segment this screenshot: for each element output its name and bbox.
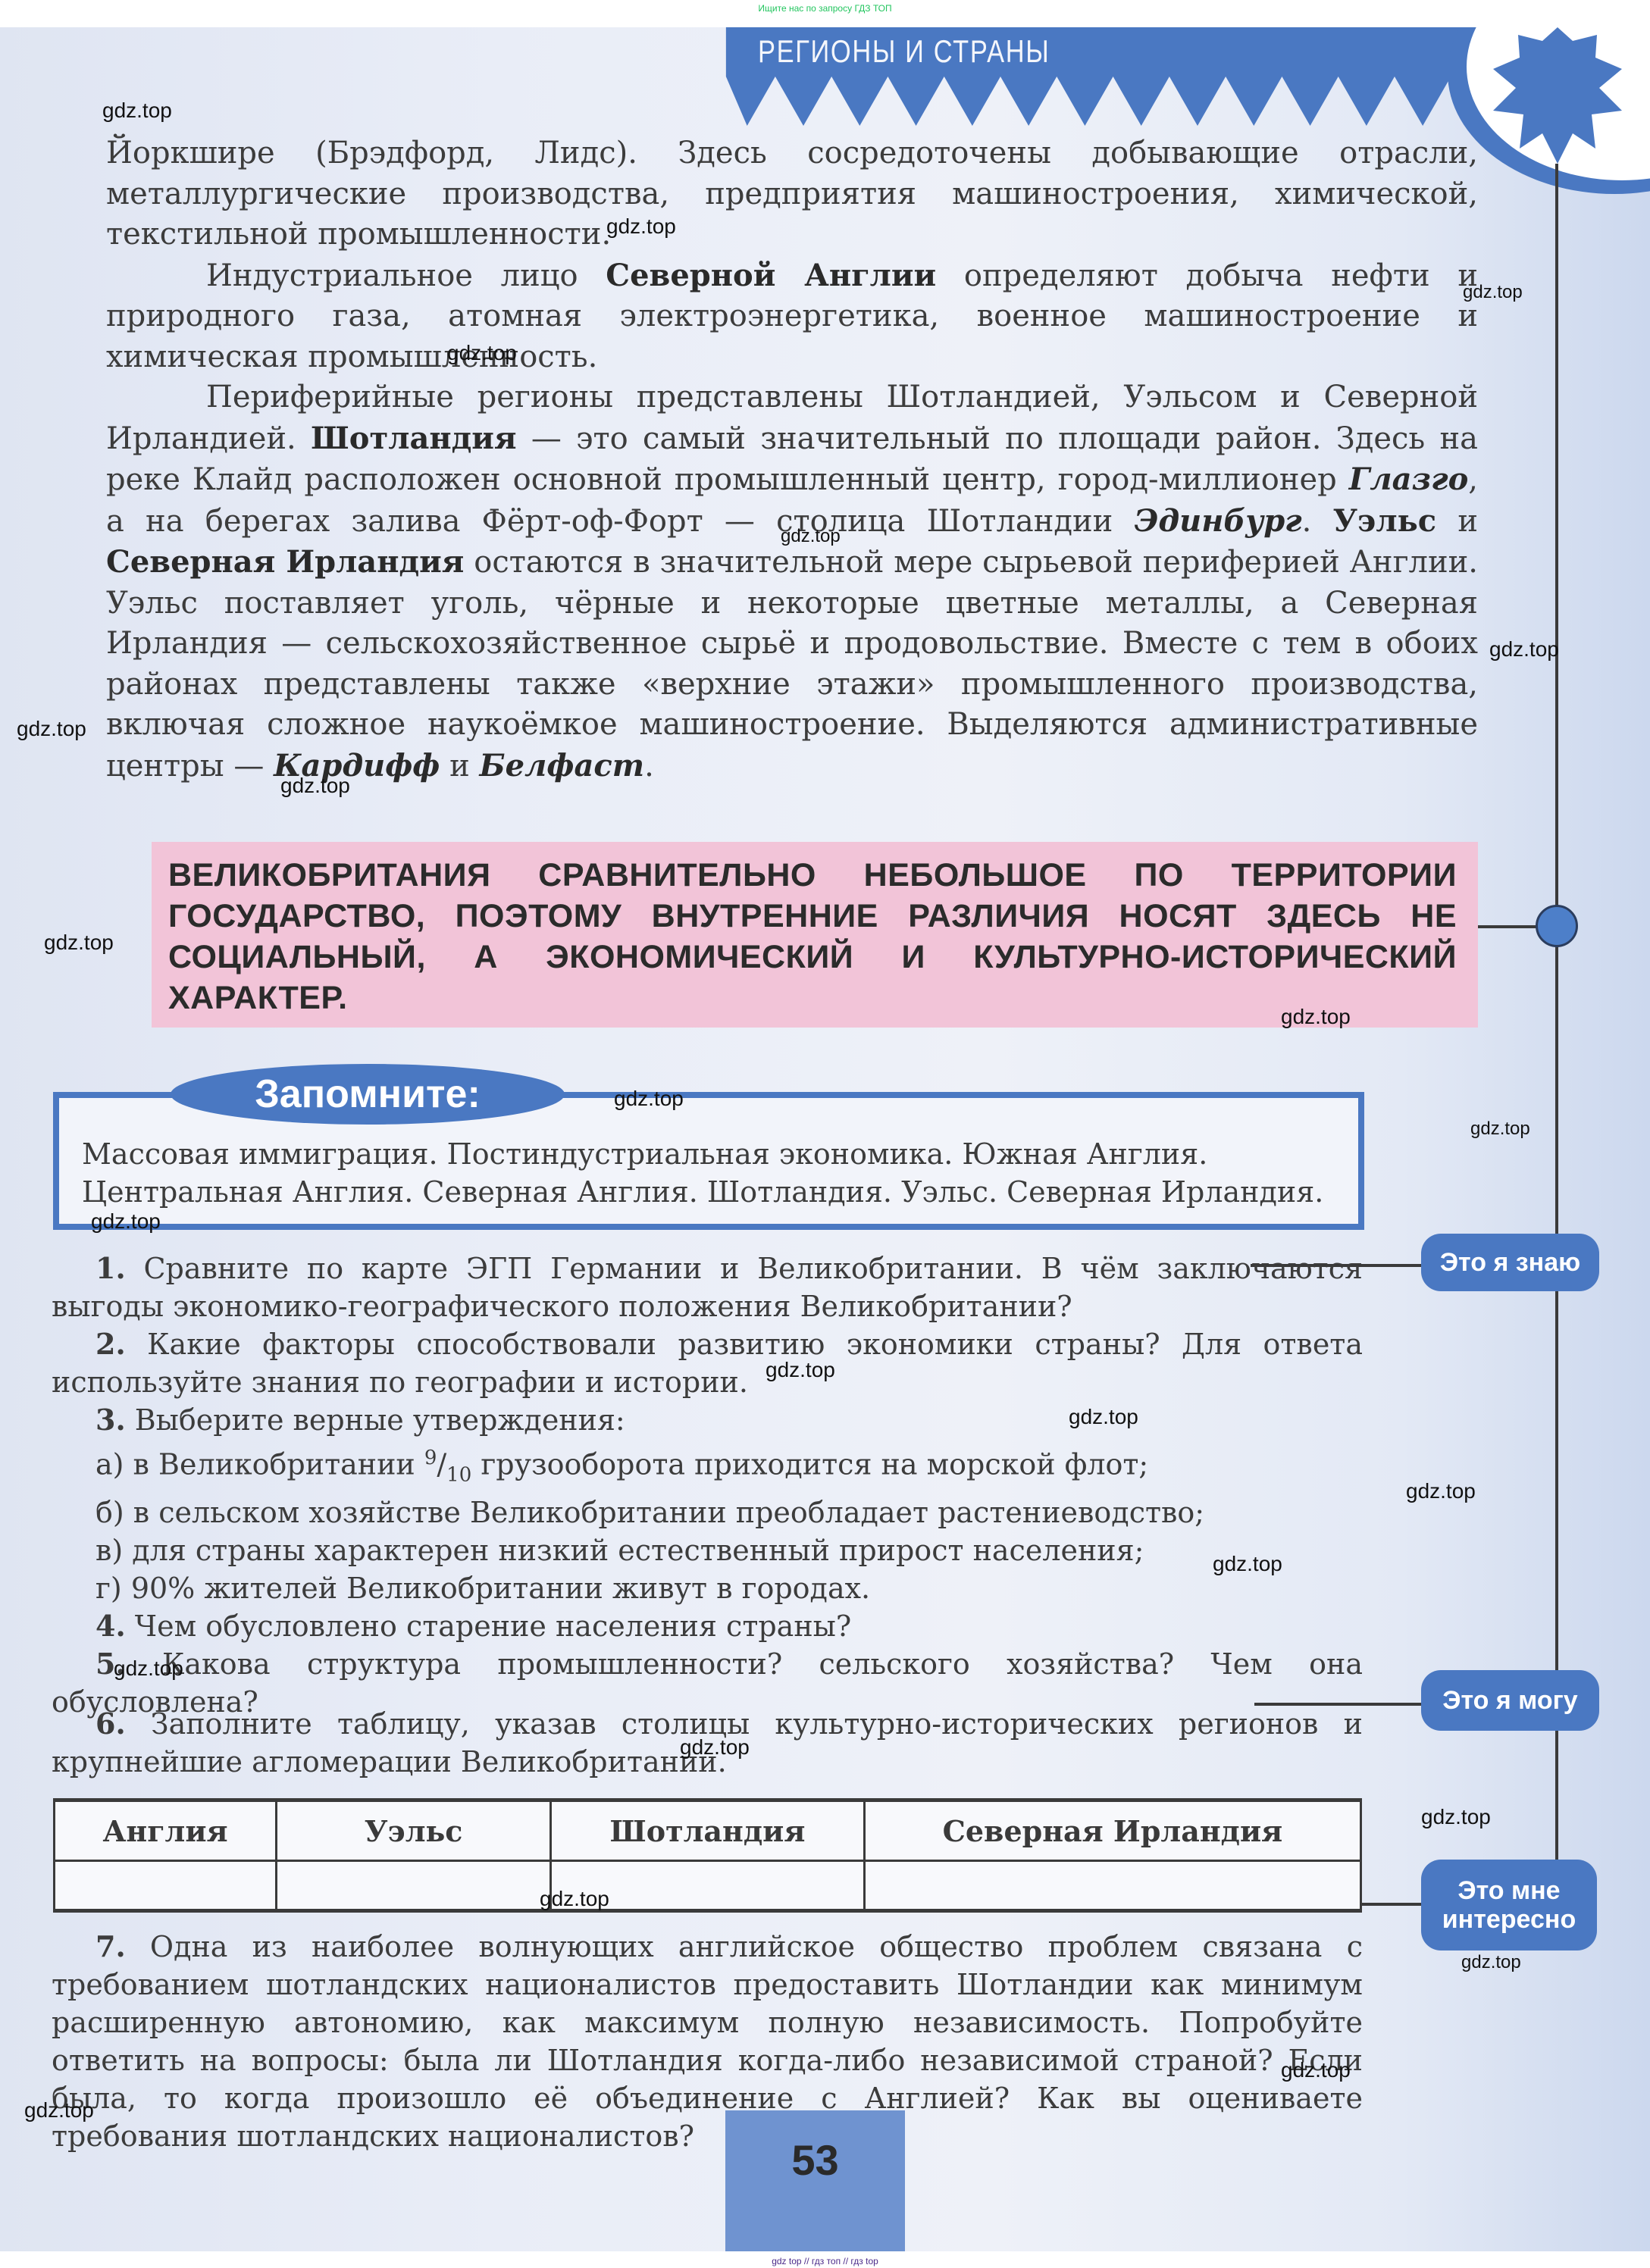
table-header: Шотландия <box>551 1800 865 1861</box>
main-text: Йоркшире (Брэдфорд, Лидс). Здесь сосредо… <box>106 133 1478 787</box>
bottom-watermark-note: gdz top // гдз топ // гдз top <box>0 2256 1650 2266</box>
fraction-denominator: 10 <box>446 1463 471 1486</box>
questions-block: 1. Сравните по карте ЭГП Германии и Вели… <box>52 1250 1363 1721</box>
question-1: 1. Сравните по карте ЭГП Германии и Вели… <box>52 1250 1363 1325</box>
term-north-england: Северной Англии <box>606 258 936 293</box>
question-2: 2. Какие факторы способствовали развитию… <box>52 1325 1363 1401</box>
option-text: грузооборота приходится на морской флот; <box>471 1448 1148 1481</box>
watermark: gdz.top <box>1281 2058 1351 2082</box>
watermark: gdz.top <box>1281 1005 1351 1029</box>
watermark: gdz.top <box>102 99 172 123</box>
watermark: gdz.top <box>606 214 676 239</box>
watermark: gdz.top <box>614 1087 684 1111</box>
term-edinburgh: Эдинбург <box>1135 503 1302 539</box>
star-icon <box>1467 27 1648 171</box>
question-text: Какие факторы способствовали развитию эк… <box>52 1328 1363 1399</box>
watermark: gdz.top <box>24 2098 94 2123</box>
table-cell[interactable] <box>864 1861 1360 1911</box>
option-a: а) в Великобритании 9/10 грузооборота пр… <box>52 1439 1363 1494</box>
watermark: gdz.top <box>91 1209 161 1234</box>
question-number: 2. <box>95 1327 126 1361</box>
option-d: г) 90% жителей Великобритании живут в го… <box>52 1569 1363 1607</box>
table-header: Англия <box>55 1800 277 1861</box>
question-7-block: 7. Одна из наиболее волнующих английское… <box>52 1928 1363 2155</box>
timeline-dot <box>1536 905 1578 947</box>
term-belfast: Белфаст <box>479 748 644 784</box>
table-header-row: Англия Уэльс Шотландия Северная Ирландия <box>55 1800 1361 1861</box>
text: . <box>644 749 654 784</box>
paragraph-2: Индустриальное лицо Северной Англии опре… <box>106 255 1478 378</box>
watermark: gdz.top <box>17 717 86 741</box>
question-7: 7. Одна из наиболее волнующих английское… <box>52 1928 1363 2155</box>
watermark: gdz.top <box>1421 1805 1491 1829</box>
table-cell[interactable] <box>277 1861 551 1911</box>
text: и <box>440 749 479 784</box>
watermark: gdz.top <box>1069 1405 1138 1429</box>
watermark: gdz.top <box>680 1735 750 1760</box>
section-title: РЕГИОНЫ И СТРАНЫ <box>758 33 1050 70</box>
paragraph-1: Йоркшире (Брэдфорд, Лидс). Здесь сосредо… <box>106 133 1478 255</box>
page-number: 53 <box>725 2135 905 2185</box>
timeline-connector <box>1478 925 1537 928</box>
key-idea-text: ВЕЛИКОБРИТАНИЯ СРАВНИТЕЛЬНО НЕБОЛЬШОЕ ПО… <box>168 855 1457 1018</box>
table-header: Уэльс <box>277 1800 551 1861</box>
question-text: Сравните по карте ЭГП Германии и Великоб… <box>52 1252 1363 1323</box>
watermark: gdz.top <box>114 1656 183 1681</box>
watermark: gdz.top <box>44 931 114 955</box>
textbook-page: РЕГИОНЫ И СТРАНЫ Йоркшире (Брэдфорд, Лид… <box>0 27 1650 2251</box>
tag-this-i-can: Это я могу <box>1421 1670 1599 1731</box>
question-text: Одна из наиболее волнующих английское об… <box>52 1930 1363 2153</box>
term-scotland: Шотландия <box>311 421 516 456</box>
tag-this-i-know: Это я знаю <box>1421 1234 1599 1291</box>
fraction-numerator: 9 <box>424 1447 437 1469</box>
table-header: Северная Ирландия <box>864 1800 1360 1861</box>
remember-terms: Массовая иммиграция. Постиндустриальная … <box>82 1135 1355 1211</box>
option-b: б) в сельском хозяйстве Великобритании п… <box>52 1494 1363 1531</box>
question-number: 4. <box>95 1609 126 1643</box>
term-northern-ireland: Северная Ирландия <box>106 544 464 580</box>
term-wales: Уэльс <box>1333 503 1437 539</box>
watermark: gdz.top <box>1213 1552 1282 1576</box>
watermark: gdz.top <box>280 774 350 798</box>
text: . <box>1302 504 1333 539</box>
question-4: 4. Чем обусловлено старение населения ст… <box>52 1607 1363 1645</box>
text: и <box>1436 504 1478 539</box>
option-c: в) для страны характерен низкий естестве… <box>52 1531 1363 1569</box>
watermark: gdz.top <box>766 1358 835 1382</box>
watermark: gdz.top <box>1470 1118 1530 1140</box>
top-search-note: Ищите нас по запросу ГДЗ ТОП <box>0 3 1650 14</box>
side-timeline <box>1555 164 1558 1929</box>
question-number: 3. <box>95 1403 126 1437</box>
question-text: Чем обусловлено старение населения стран… <box>126 1609 852 1643</box>
question-number: 1. <box>95 1251 126 1285</box>
watermark: gdz.top <box>1406 1479 1476 1503</box>
table-cell[interactable] <box>55 1861 277 1911</box>
question-text: Выберите верные утверждения: <box>126 1403 625 1437</box>
watermark: gdz.top <box>781 526 841 547</box>
watermark: gdz.top <box>540 1887 609 1911</box>
watermark: gdz.top <box>447 341 517 365</box>
watermark: gdz.top <box>1461 1952 1521 1973</box>
paragraph-3: Периферийные регионы представлены Шотлан… <box>106 377 1478 787</box>
remember-title: Запомните: <box>171 1064 565 1125</box>
regions-table: Англия Уэльс Шотландия Северная Ирландия <box>53 1798 1362 1913</box>
watermark: gdz.top <box>1463 282 1523 303</box>
table-row <box>55 1861 1361 1911</box>
option-text: а) в Великобритании <box>95 1448 424 1481</box>
question-number: 7. <box>95 1929 126 1963</box>
question-number: 6. <box>95 1706 126 1741</box>
text: Индустриальное лицо <box>206 258 606 293</box>
watermark: gdz.top <box>1489 637 1559 662</box>
tag-this-is-interesting: Это мне интересно <box>1421 1860 1597 1950</box>
question-3: 3. Выберите верные утверждения: <box>52 1401 1363 1439</box>
term-glasgow: Глазго <box>1349 461 1469 497</box>
